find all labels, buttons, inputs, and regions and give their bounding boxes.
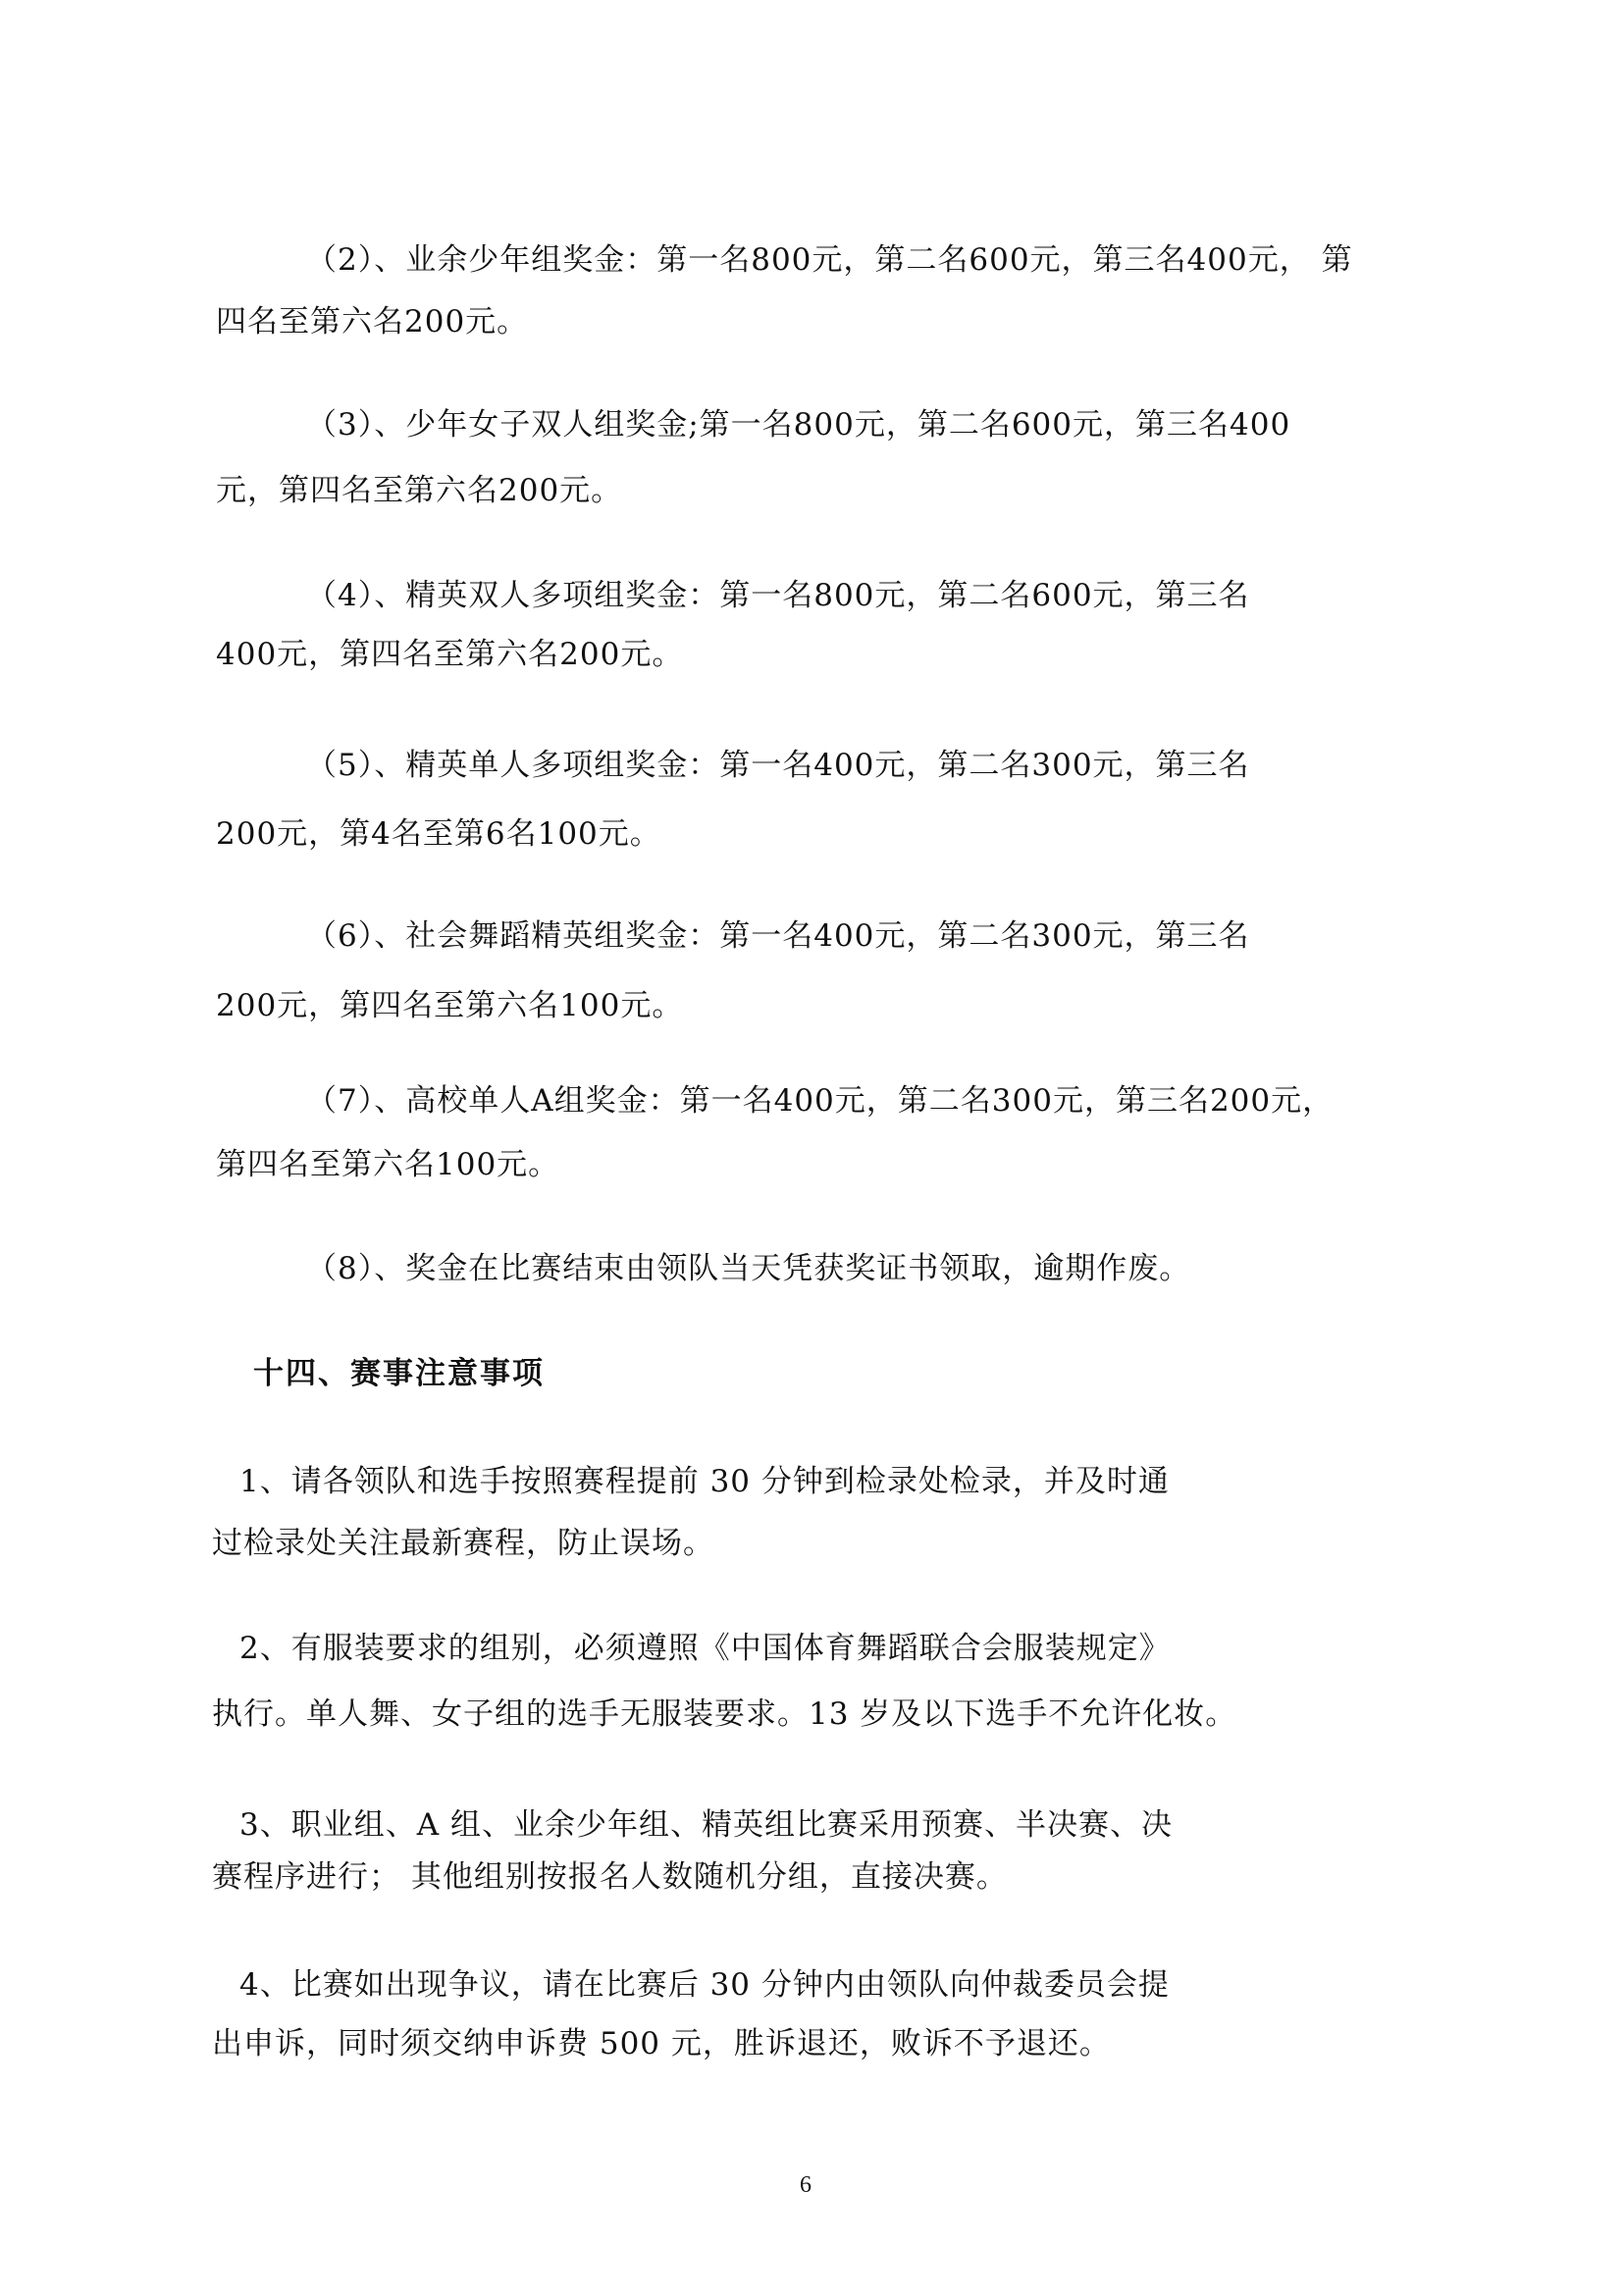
section-heading: 十四、赛事注意事项	[253, 1354, 545, 1393]
paragraph-line: 执行。单人舞、女子组的选手无服装要求。13 岁及以下选手不允许化妆。	[212, 1695, 1236, 1734]
paragraph-line: 第四名至第六名100元。	[216, 1145, 559, 1184]
paragraph-line: 元，第四名至第六名200元。	[216, 471, 622, 510]
paragraph-line: 400元，第四名至第六名200元。	[216, 635, 683, 674]
paragraph-line: 200元，第4名至第6名100元。	[216, 814, 661, 854]
paragraph-line: 3、职业组、A 组、业余少年组、精英组比赛采用预赛、半决赛、决	[239, 1805, 1173, 1845]
paragraph-line: 4、比赛如出现争议，请在比赛后 30 分钟内由领队向仲裁委员会提	[239, 1965, 1170, 2005]
paragraph-line: （4）、精英双人多项组奖金：第一名800元，第二名600元，第三名	[306, 576, 1250, 615]
paragraph-line: 赛程序进行； 其他组别按报名人数随机分组，直接决赛。	[212, 1857, 1008, 1897]
paragraph-line: （7）、高校单人A组奖金：第一名400元，第二名300元，第三名200元，	[306, 1081, 1334, 1121]
document-page: （2）、业余少年组奖金：第一名800元，第二名600元，第三名400元， 第 四…	[0, 0, 1624, 2295]
paragraph-line: 2、有服装要求的组别，必须遵照《中国体育舞蹈联合会服装规定》	[239, 1629, 1171, 1668]
paragraph-line: 出申诉，同时须交纳申诉费 500 元，胜诉退还，败诉不予退还。	[212, 2024, 1111, 2063]
paragraph-line: 200元，第四名至第六名100元。	[216, 986, 683, 1025]
page-number: 6	[800, 2170, 812, 2200]
paragraph-line: （8）、奖金在比赛结束由领队当天凭获奖证书领取，逾期作废。	[306, 1249, 1190, 1288]
paragraph-line: （3）、少年女子双人组奖金;第一名800元，第二名600元，第三名400	[306, 405, 1290, 444]
paragraph-line: 过检录处关注最新赛程，防止误场。	[212, 1524, 714, 1563]
paragraph-line: （2）、业余少年组奖金：第一名800元，第二名600元，第三名400元， 第	[306, 240, 1353, 280]
paragraph-line: 1、请各领队和选手按照赛程提前 30 分钟到检录处检录，并及时通	[239, 1462, 1170, 1501]
paragraph-line: 四名至第六名200元。	[216, 302, 528, 341]
paragraph-line: （5）、精英单人多项组奖金：第一名400元，第二名300元，第三名	[306, 746, 1250, 785]
paragraph-line: （6）、社会舞蹈精英组奖金：第一名400元，第二名300元，第三名	[306, 916, 1250, 956]
